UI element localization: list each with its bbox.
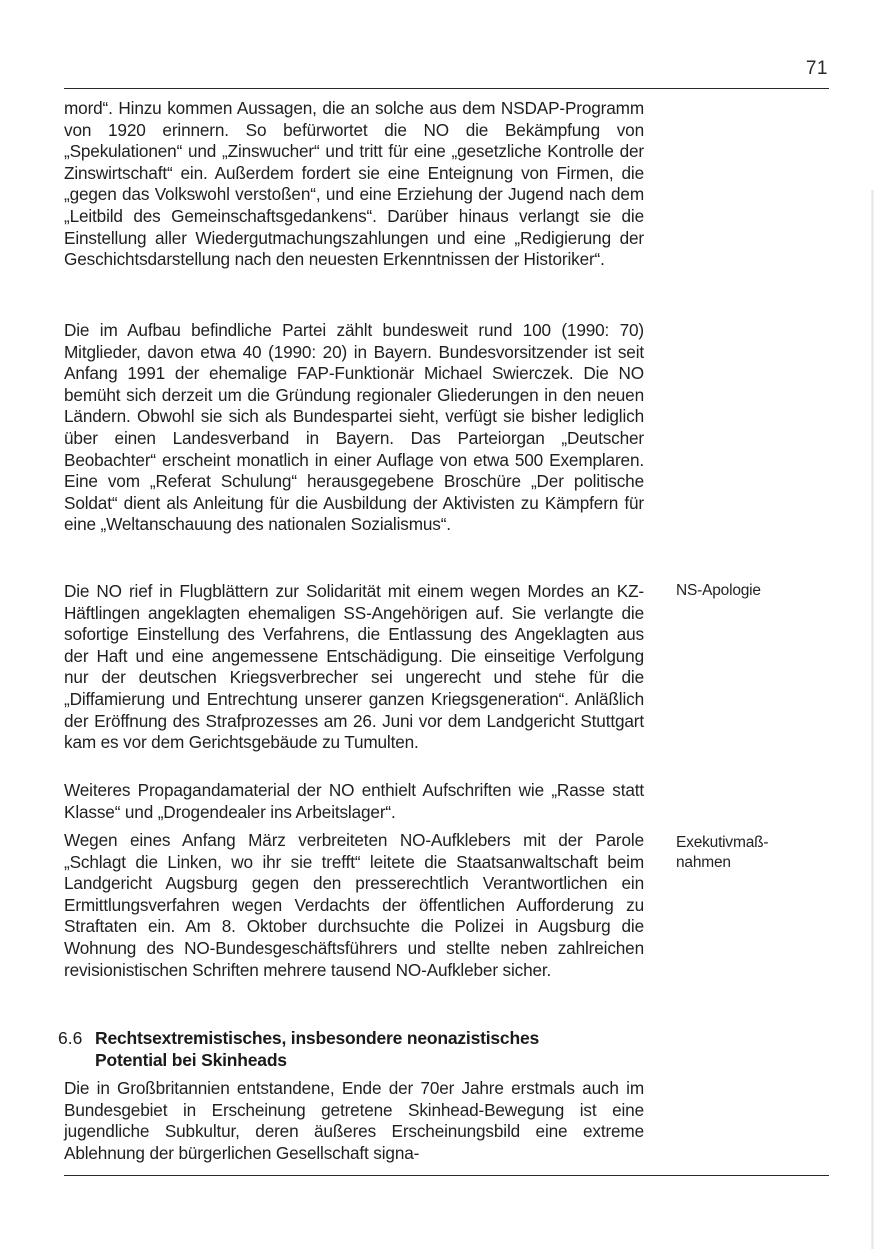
margin-note-executive-measures: Exekutivmaß- nahmen <box>676 833 768 873</box>
footer-rule <box>64 1175 829 1176</box>
page-number: 71 <box>790 58 828 80</box>
paragraph-party-membership: Die im Aufbau befindliche Partei zählt b… <box>64 320 644 536</box>
section-title-line-2: Potential bei Skinheads <box>95 1050 287 1070</box>
header-rule <box>64 88 829 89</box>
page-edge-shadow <box>871 190 874 1249</box>
paragraph-executive-measures: Wegen eines Anfang März verbreiteten NO-… <box>64 830 644 981</box>
paragraph-skinheads-intro: Die in Großbritannien entstandene, Ende … <box>64 1078 644 1164</box>
section-number: 6.6 <box>58 1028 82 1050</box>
margin-note-ns-apologie: NS-Apologie <box>676 581 761 601</box>
paragraph-program-demands: mord“. Hinzu kommen Aussagen, die an sol… <box>64 98 644 271</box>
paragraph-propaganda-material: Weiteres Propagandamaterial der NO enthi… <box>64 780 644 823</box>
section-title-line-1: Rechtsextremistisches, insbesondere neon… <box>95 1028 539 1048</box>
paragraph-ns-apologie: Die NO rief in Flugblättern zur Solidari… <box>64 581 644 754</box>
section-title: Rechtsextremistisches, insbesondere neon… <box>95 1028 539 1071</box>
